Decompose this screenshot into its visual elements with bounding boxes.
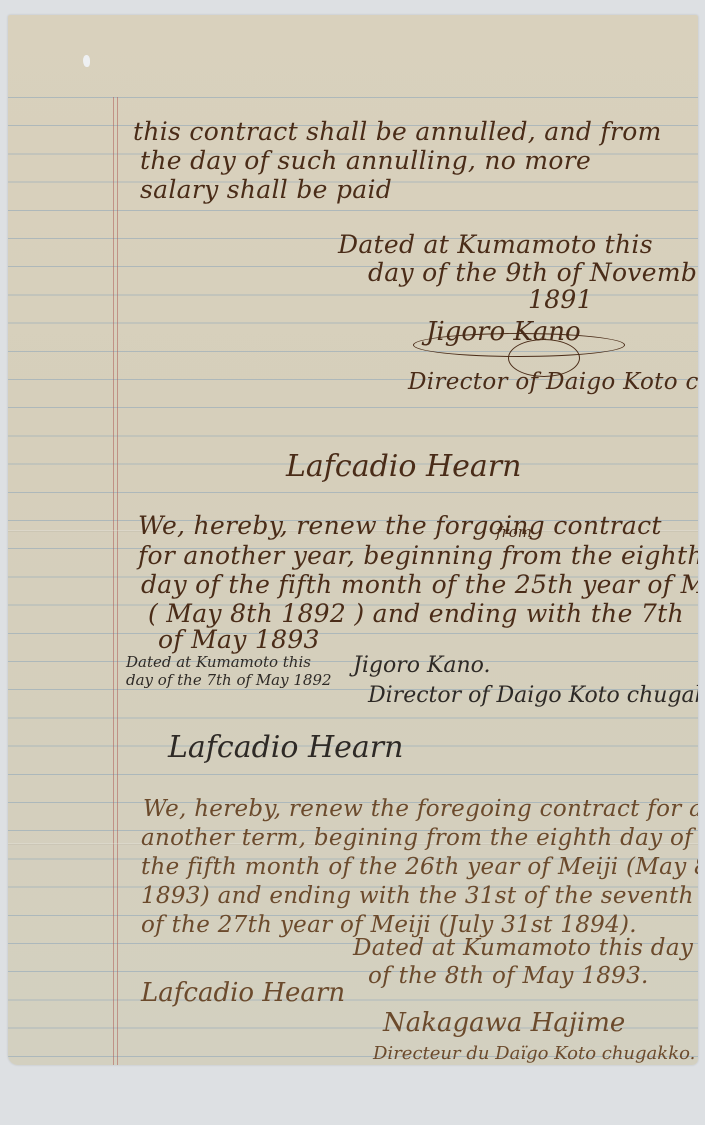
- signature-lafcadio-hearn-1: Lafcadio Hearn: [286, 452, 521, 482]
- section2-dated-line-1: Dated at Kumamoto this: [126, 655, 311, 670]
- punch-hole: [83, 55, 90, 67]
- section2-correction: from: [496, 525, 532, 540]
- section3-dated-line-2: of the 8th of May 1893.: [368, 965, 649, 988]
- section1-director-title: Director of Daigo Koto chugakko.: [408, 371, 698, 394]
- section2-line-3: day of the fifth month of the 25th year …: [141, 572, 698, 597]
- section2-line-5: of May 1893: [158, 627, 320, 652]
- section3-line-1: We, hereby, renew the foregoing contract…: [143, 798, 698, 821]
- signature-lafcadio-hearn-3: Lafcadio Hearn: [141, 980, 345, 1006]
- signature-nakagawa-hajime: Nakagawa Hajime: [383, 1010, 625, 1036]
- section3-line-2: another term, begining from the eighth d…: [141, 827, 693, 850]
- section2-line-4: ( May 8th 1892 ) and ending with the 7th: [148, 601, 684, 626]
- section1-line-3: salary shall be paid: [140, 177, 392, 202]
- section1-line-1: this contract shall be annulled, and fro…: [133, 119, 662, 144]
- section3-director-title: Directeur du Daïgo Koto chugakko.: [373, 1045, 695, 1063]
- section3-dated-line-1: Dated at Kumamoto this day: [353, 937, 693, 960]
- margin-line: [117, 97, 118, 1065]
- section3-line-4: 1893) and ending with the 31st of the se…: [141, 885, 698, 908]
- section3-line-5: of the 27th year of Meiji (July 31st 189…: [141, 914, 637, 937]
- section2-director-title: Director of Daigo Koto chugakko.: [368, 685, 698, 707]
- signature-jigoro-kano-2: Jigoro Kano.: [353, 655, 491, 677]
- signature-lafcadio-hearn-2: Lafcadio Hearn: [168, 733, 403, 763]
- section1-dated-line-1: Dated at Kumamoto this: [338, 232, 653, 257]
- section2-line-1: We, hereby, renew the forgoing contract: [138, 513, 662, 538]
- section1-line-2: the day of such annulling, no more: [140, 148, 591, 173]
- margin-line: [113, 97, 114, 1065]
- section2-dated-line-2: day of the 7th of May 1892: [126, 673, 332, 688]
- section1-dated-line-2: day of the 9th of November: [368, 260, 698, 285]
- section1-dated-year: 1891: [528, 287, 593, 312]
- document-page: this contract shall be annulled, and fro…: [8, 15, 698, 1065]
- section3-line-3: the fifth month of the 26th year of Meij…: [141, 856, 698, 879]
- section2-line-2: for another year, beginning from the eig…: [138, 543, 698, 568]
